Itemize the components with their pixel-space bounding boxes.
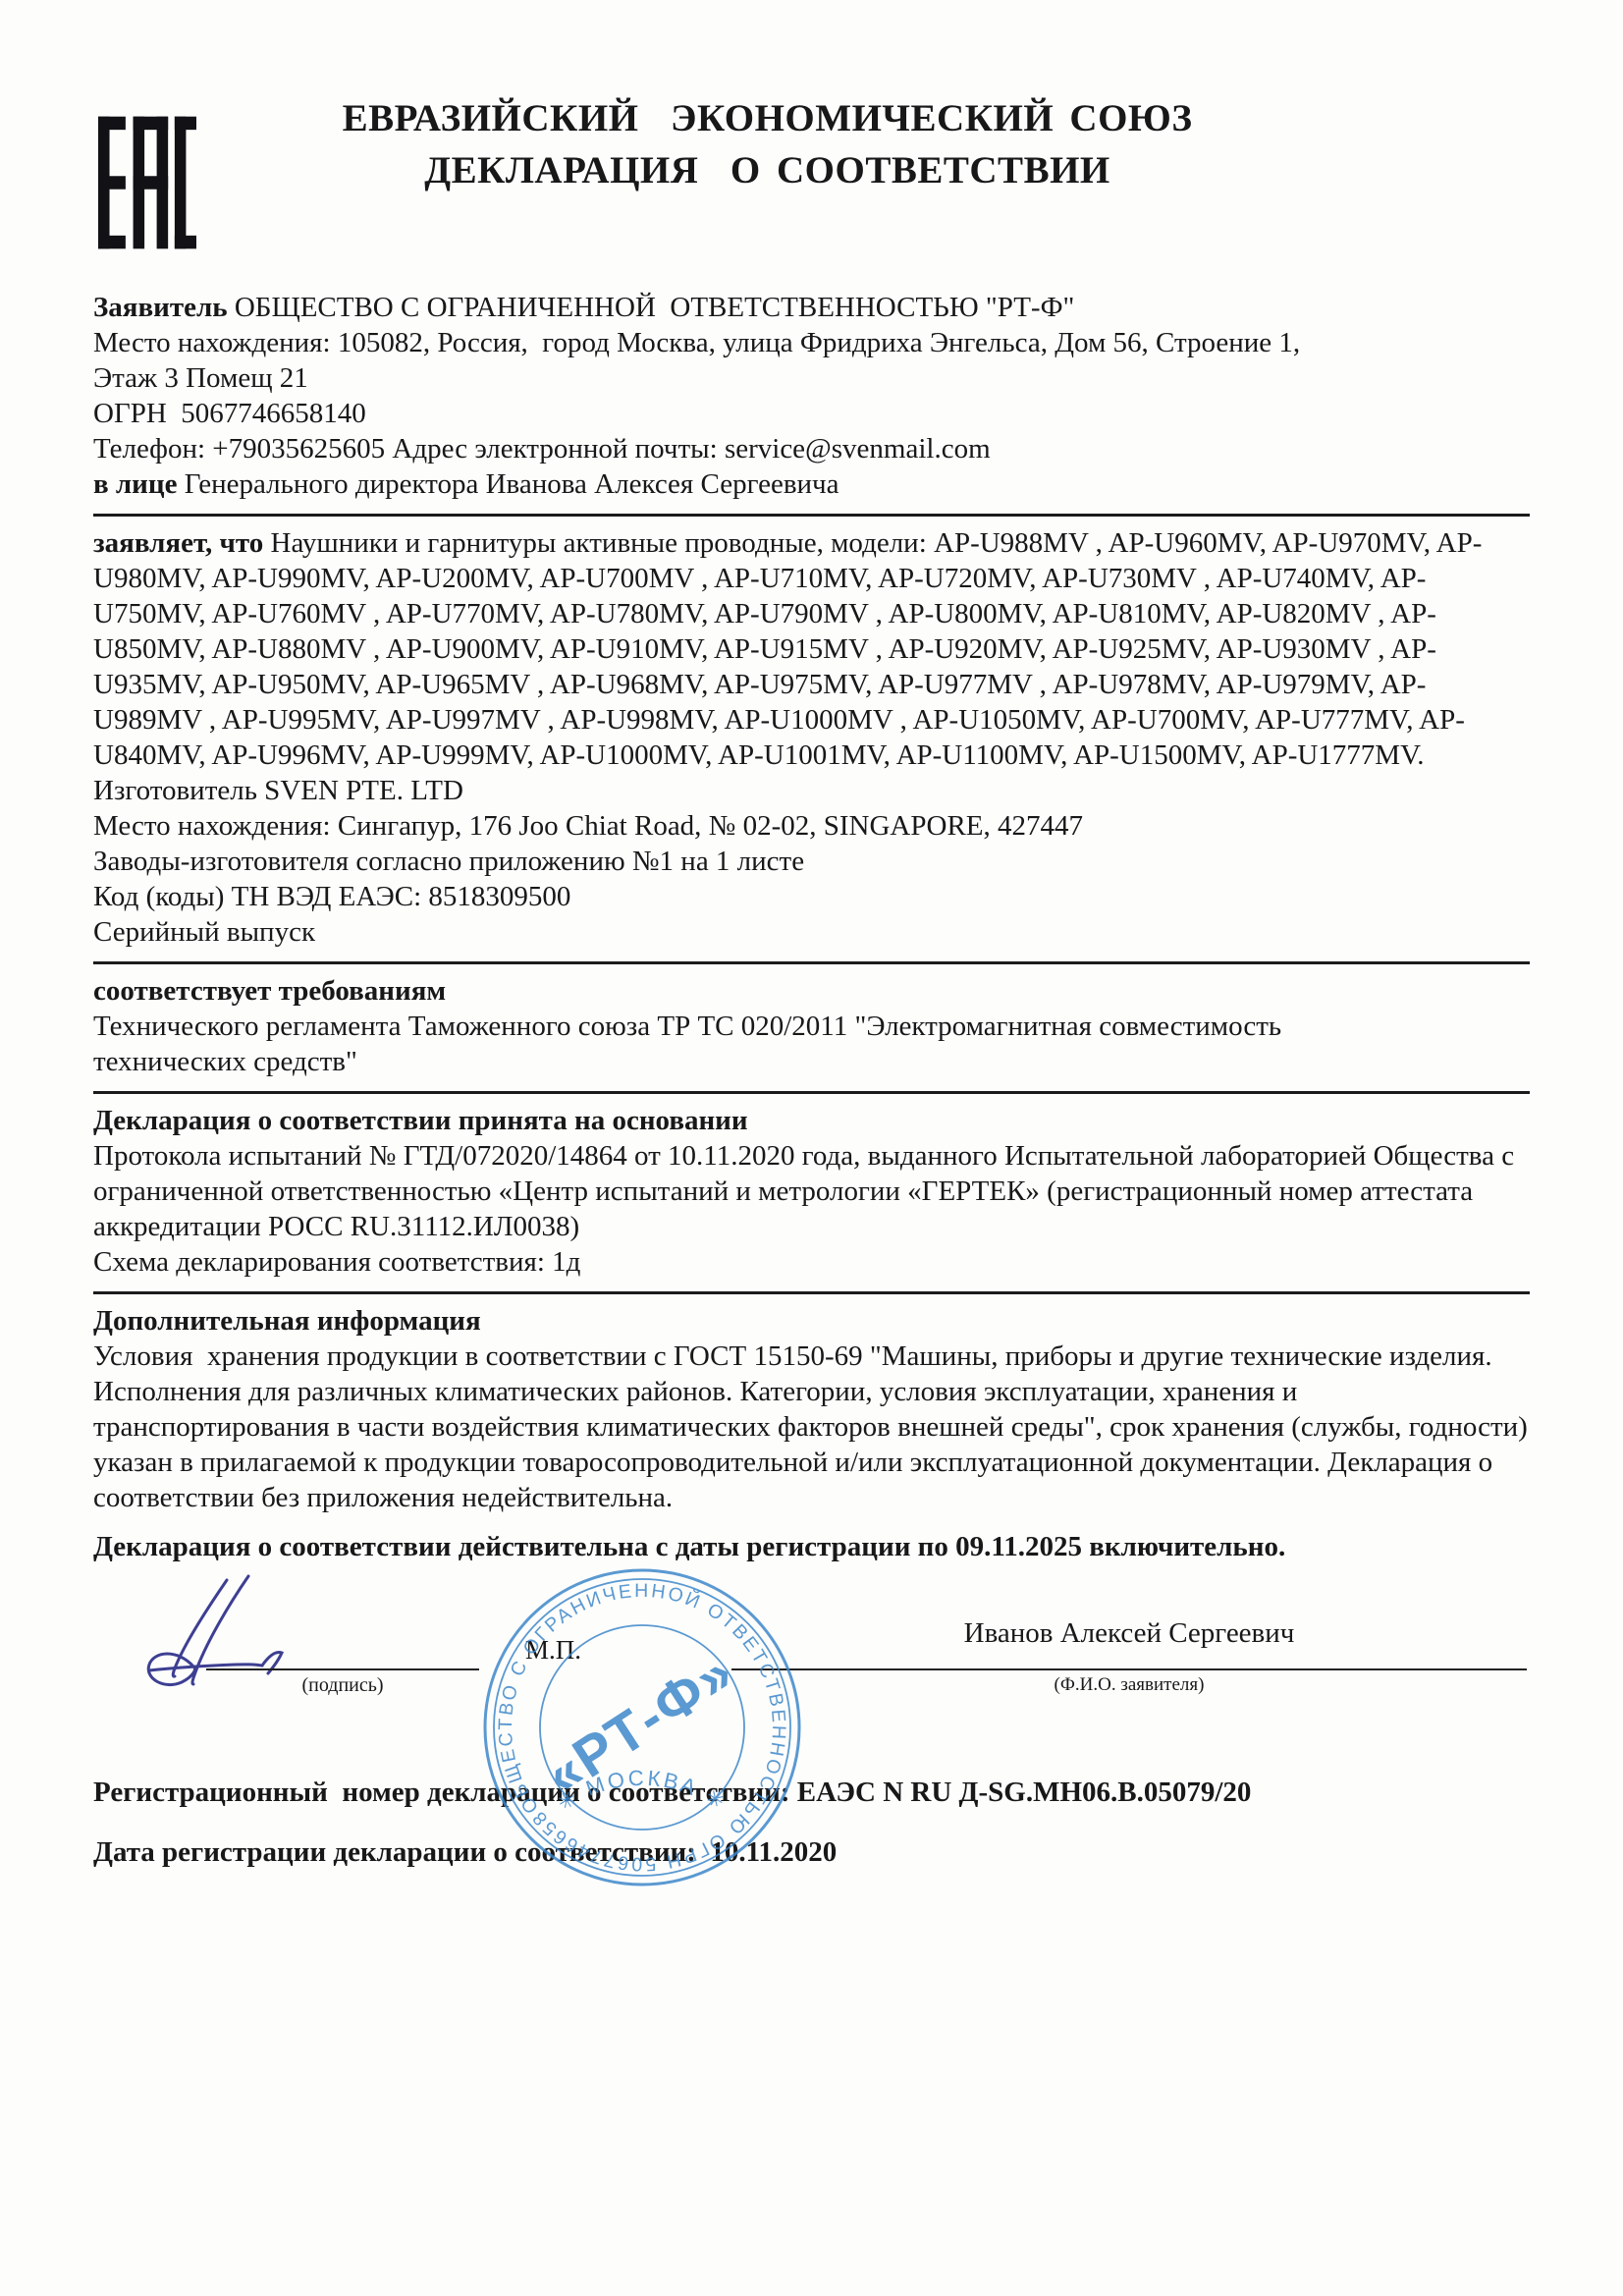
product-models-list: Наушники и гарнитуры активные проводные,… — [93, 527, 1482, 771]
eac-mark-logo — [98, 113, 196, 252]
applicant-address: Место нахождения: 105082, Россия, город … — [93, 325, 1530, 396]
requirements-section: соответствует требованиям Технического р… — [93, 973, 1530, 1079]
declarant-name: Иванов Алексей Сергеевич — [731, 1617, 1527, 1650]
section-divider — [93, 1091, 1530, 1094]
in-person-label: в лице — [93, 468, 177, 500]
company-round-stamp: ОБЩЕСТВО С ОГРАНИЧЕННОЙ ОТВЕТСТВЕННОСТЬЮ… — [471, 1557, 813, 1898]
document-header: ЕВРАЗИЙСКИЙ ЭКОНОМИЧЕСКИЙ СОЮЗДЕКЛАРАЦИЯ… — [93, 83, 1530, 280]
scheme-line: Схема декларирования соответствия: 1д — [93, 1244, 1530, 1280]
basis-section: Декларация о соответствии принята на осн… — [93, 1103, 1530, 1280]
product-declaration-line: заявляет, что Наушники и гарнитуры актив… — [93, 525, 1530, 773]
applicant-ogrn: ОГРН 5067746658140 — [93, 396, 1530, 431]
section-divider — [93, 961, 1530, 964]
issue-type-line: Серийный выпуск — [93, 914, 1530, 950]
requirements-body: Технического регламента Таможенного союз… — [93, 1009, 1530, 1079]
declarant-name-caption: (Ф.И.О. заявителя) — [731, 1674, 1527, 1696]
applicant-label: Заявитель — [93, 292, 228, 323]
section-divider — [93, 514, 1530, 517]
basis-body: Протокола испытаний № ГТД/072020/14864 о… — [93, 1138, 1530, 1244]
additional-body: Условия хранения продукции в соответстви… — [93, 1339, 1530, 1515]
applicant-name: ОБЩЕСТВО С ОГРАНИЧЕННОЙ ОТВЕТСТВЕННОСТЬЮ… — [228, 292, 1075, 323]
signing-block: (подпись) М.П. ОБЩЕСТВО С ОГРАНИЧЕННОЙ О… — [93, 1578, 1530, 1771]
product-section: заявляет, что Наушники и гарнитуры актив… — [93, 525, 1530, 950]
signature-caption: (подпись) — [206, 1674, 479, 1697]
tnved-code-line: Код (коды) ТН ВЭД ЕАЭС: 8518309500 — [93, 879, 1530, 914]
applicant-person-line: в лице Генерального директора Иванова Ал… — [93, 466, 1530, 502]
title-line-union: ЕВРАЗИЙСКИЙ ЭКОНОМИЧЕСКИЙ СОЮЗ — [343, 97, 1193, 139]
title-line-declaration: ДЕКЛАРАЦИЯ О СООТВЕТСТВИИ — [424, 149, 1110, 191]
section-divider — [93, 1291, 1530, 1294]
basis-heading: Декларация о соответствии принята на осн… — [93, 1103, 1530, 1138]
additional-info-section: Дополнительная информация Условия хранен… — [93, 1303, 1530, 1515]
signature-line — [206, 1668, 479, 1670]
applicant-section: Заявитель ОБЩЕСТВО С ОГРАНИЧЕННОЙ ОТВЕТС… — [93, 290, 1530, 502]
factories-line: Заводы-изготовителя согласно приложению … — [93, 844, 1530, 879]
manufacturer-line: Изготовитель SVEN PTE. LTD — [93, 773, 1530, 808]
applicant-line: Заявитель ОБЩЕСТВО С ОГРАНИЧЕННОЙ ОТВЕТС… — [93, 290, 1530, 325]
page-title: ЕВРАЗИЙСКИЙ ЭКОНОМИЧЕСКИЙ СОЮЗДЕКЛАРАЦИЯ… — [290, 93, 1245, 196]
additional-heading: Дополнительная информация — [93, 1303, 1530, 1339]
declaration-document: ЕВРАЗИЙСКИЙ ЭКОНОМИЧЕСКИЙ СОЮЗДЕКЛАРАЦИЯ… — [0, 0, 1623, 2296]
applicant-person: Генерального директора Иванова Алексея С… — [177, 468, 839, 500]
applicant-contacts: Телефон: +79035625605 Адрес электронной … — [93, 431, 1530, 466]
declares-label: заявляет, что — [93, 527, 263, 559]
requirements-heading: соответствует требованиям — [93, 973, 1530, 1009]
manufacturer-address: Место нахождения: Сингапур, 176 Joo Chia… — [93, 808, 1530, 844]
declarant-name-line — [731, 1668, 1527, 1670]
